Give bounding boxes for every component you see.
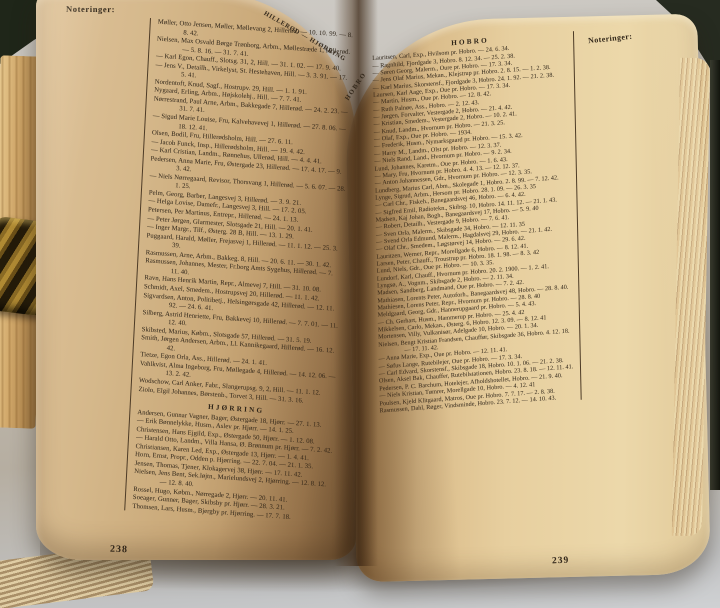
noteringer-label-left: Noteringer: [66, 4, 115, 14]
photo-open-directory-book: Noteringer: HILLERØD — HJØRRING Møller, … [0, 0, 720, 608]
right-page-text-column: HOBROLauritsen, Carl, Exp., Hvilsom pr. … [372, 31, 582, 415]
book-cover-edge-right [710, 60, 720, 490]
page-number-right: 239 [552, 556, 570, 567]
left-page-text-column: Møller, Otto Jensen, Møller, Møllevang 2… [124, 18, 354, 525]
page-number-left: 238 [110, 544, 128, 556]
